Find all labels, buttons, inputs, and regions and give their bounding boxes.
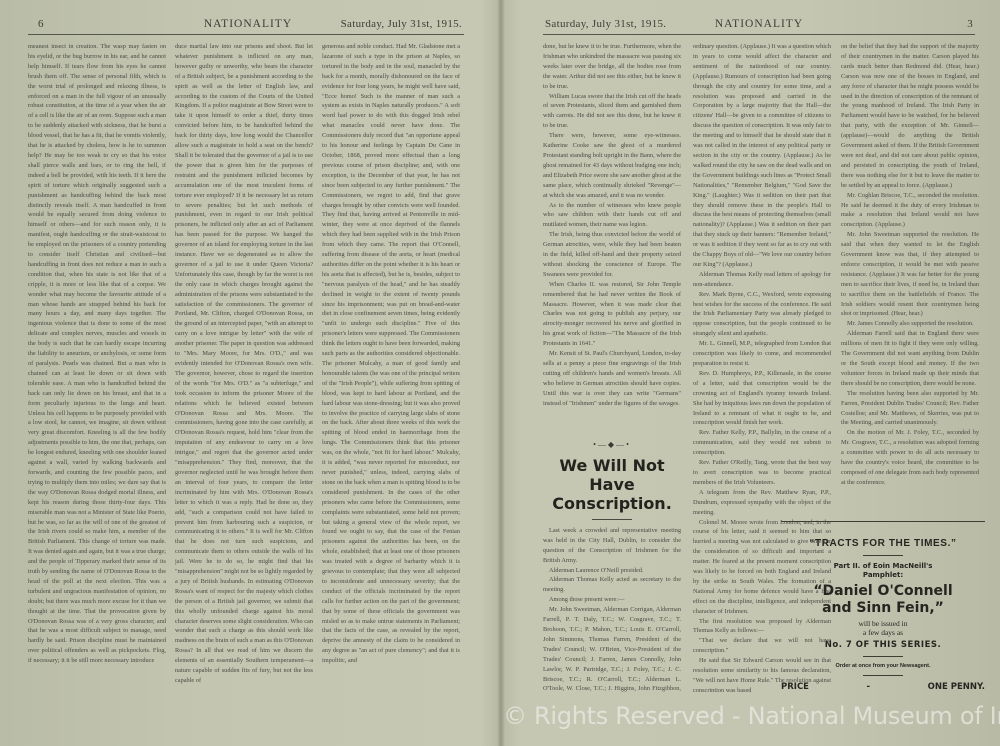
ad-order-line: Order at once from your Newsagent. bbox=[777, 663, 989, 669]
atrocities-article: done, but he knew it to be true. Further… bbox=[543, 42, 681, 436]
paragraph: Mr. John Sweetman, Alderman Corrigan, Al… bbox=[543, 605, 681, 692]
article-column-3: on the belief that they had the support … bbox=[841, 42, 979, 512]
paragraph: Alderman Thomas Kelly read letters of ap… bbox=[693, 270, 831, 290]
right-page-header: Saturday, July 31st, 1915. NATIONALITY 3 bbox=[545, 18, 973, 34]
copyright-watermark: © Rights Reserved - National Museum of I… bbox=[503, 696, 993, 736]
article-column-2: duce martial law into our prisons and sh… bbox=[175, 42, 313, 692]
paragraph: Last week a crowded and representative m… bbox=[543, 526, 681, 566]
ad-title-line-1: “Daniel O'Connell bbox=[777, 583, 989, 600]
paragraph: ordinary question. (Applause.) It was a … bbox=[693, 42, 831, 270]
paragraph: on the belief that they had the support … bbox=[841, 42, 979, 191]
paragraph: Mr. John Sweetman supported the resoluti… bbox=[841, 230, 979, 319]
headline-line-1: We Will Not Have bbox=[543, 456, 681, 494]
paragraph: Rev. Mark Byrne, C.C., Wexford, wrote ex… bbox=[693, 290, 831, 340]
paragraph: Mr. Kensit of St. Paul's Churchyard, Lon… bbox=[543, 349, 681, 408]
ad-issued-line-2: a few days as bbox=[777, 628, 989, 637]
ad-series-heading: “TRACTS FOR THE TIMES.” bbox=[777, 538, 989, 549]
paragraph: done, but he knew it to be true. Further… bbox=[543, 42, 681, 92]
ad-price-line: PRICE - ONE PENNY. bbox=[777, 682, 989, 692]
ad-price-value: ONE PENNY. bbox=[928, 682, 985, 692]
short-rule bbox=[592, 519, 632, 520]
ad-part-line-1: Part II. of Eoin MacNeill's bbox=[777, 562, 989, 571]
article-column-1: done, but he knew it to be true. Further… bbox=[543, 42, 681, 692]
paragraph: Mr. Coghlan Briscoe, T.C., seconded the … bbox=[841, 191, 979, 231]
paragraph: As to the number of witnesses who knew p… bbox=[543, 201, 681, 231]
ad-title-line-2: and Sinn Fein,” bbox=[777, 600, 989, 617]
paragraph: When Charles II. was restored, Sir John … bbox=[543, 280, 681, 349]
ad-price-dash: - bbox=[867, 682, 871, 692]
paragraph: The Irish, being thus convicted before t… bbox=[543, 230, 681, 280]
paragraph: Mr. James Connolly also supported the re… bbox=[841, 319, 979, 329]
paragraph: Mr. L. Ginnell, M.P., telegraphed from L… bbox=[693, 339, 831, 369]
column-text: generous and noble conduct. Had Mr. Glad… bbox=[322, 42, 460, 666]
left-page: 6 NATIONALITY Saturday, July 31st, 1915.… bbox=[0, 0, 500, 746]
ad-part-line-2: Pamphlet: bbox=[777, 571, 989, 580]
page-number: 3 bbox=[967, 18, 973, 30]
paragraph: The resolution having been also supporte… bbox=[841, 389, 979, 429]
ad-separator bbox=[863, 675, 903, 676]
paragraph: Rev. Father O'Reilly, Tang, wrote that t… bbox=[693, 458, 831, 488]
header-rule bbox=[28, 34, 464, 35]
paragraph: Rev. Father Kelly, P.P., Ballylin, in th… bbox=[693, 428, 831, 458]
ornament-divider: •—◆—• bbox=[543, 440, 681, 450]
masthead-title: NATIONALITY bbox=[545, 18, 973, 30]
ad-series-number: No. 7 OF THIS SERIES. bbox=[777, 640, 989, 650]
paragraph: William Lucas swore that the Irish cut o… bbox=[543, 92, 681, 132]
paragraph: A telegram from the Rev. Matthew Ryan, P… bbox=[693, 488, 831, 518]
article-headline: We Will Not Have Conscription. bbox=[543, 456, 681, 513]
paragraph: On the motion of Mr. J. Foley, T.C., sec… bbox=[841, 428, 979, 487]
paragraph: There were, however, some eye-witnesses.… bbox=[543, 131, 681, 200]
paragraph: Alderman Farrell said that in England th… bbox=[841, 329, 979, 388]
issue-date: Saturday, July 31st, 1915. bbox=[341, 18, 462, 30]
header-rule bbox=[543, 34, 975, 35]
paragraph: Alderman Thomas Kelly acted as secretary… bbox=[543, 575, 681, 595]
ad-price-label: PRICE bbox=[781, 682, 809, 692]
ad-issued-line-1: will be issued in bbox=[777, 619, 989, 628]
left-page-header: 6 NATIONALITY Saturday, July 31st, 1915. bbox=[34, 18, 462, 34]
paragraph: Rev. D. Humphreys, P.P., Killenaule, in … bbox=[693, 369, 831, 428]
headline-line-2: Conscription. bbox=[543, 494, 681, 513]
ad-top-rule bbox=[781, 521, 985, 522]
ad-separator bbox=[863, 656, 903, 657]
right-page: Saturday, July 31st, 1915. NATIONALITY 3… bbox=[505, 0, 1000, 746]
article-column-3: generous and noble conduct. Had Mr. Glad… bbox=[322, 42, 460, 692]
article-column-1: meanest insect in creation. The wasp may… bbox=[28, 42, 166, 692]
paragraph: Among those present were:— bbox=[543, 595, 681, 605]
conscription-heading-block: •—◆—• We Will Not Have Conscription. bbox=[543, 440, 681, 520]
column-text: meanest insect in creation. The wasp may… bbox=[28, 42, 166, 666]
pamphlet-advertisement: “TRACTS FOR THE TIMES.” Part II. of Eoin… bbox=[777, 521, 989, 696]
newspaper-spread: 6 NATIONALITY Saturday, July 31st, 1915.… bbox=[0, 0, 1000, 746]
column-text: duce martial law into our prisons and sh… bbox=[175, 42, 313, 686]
paragraph: Alderman Laurence O'Neill presided. bbox=[543, 566, 681, 576]
ad-separator bbox=[863, 555, 903, 556]
